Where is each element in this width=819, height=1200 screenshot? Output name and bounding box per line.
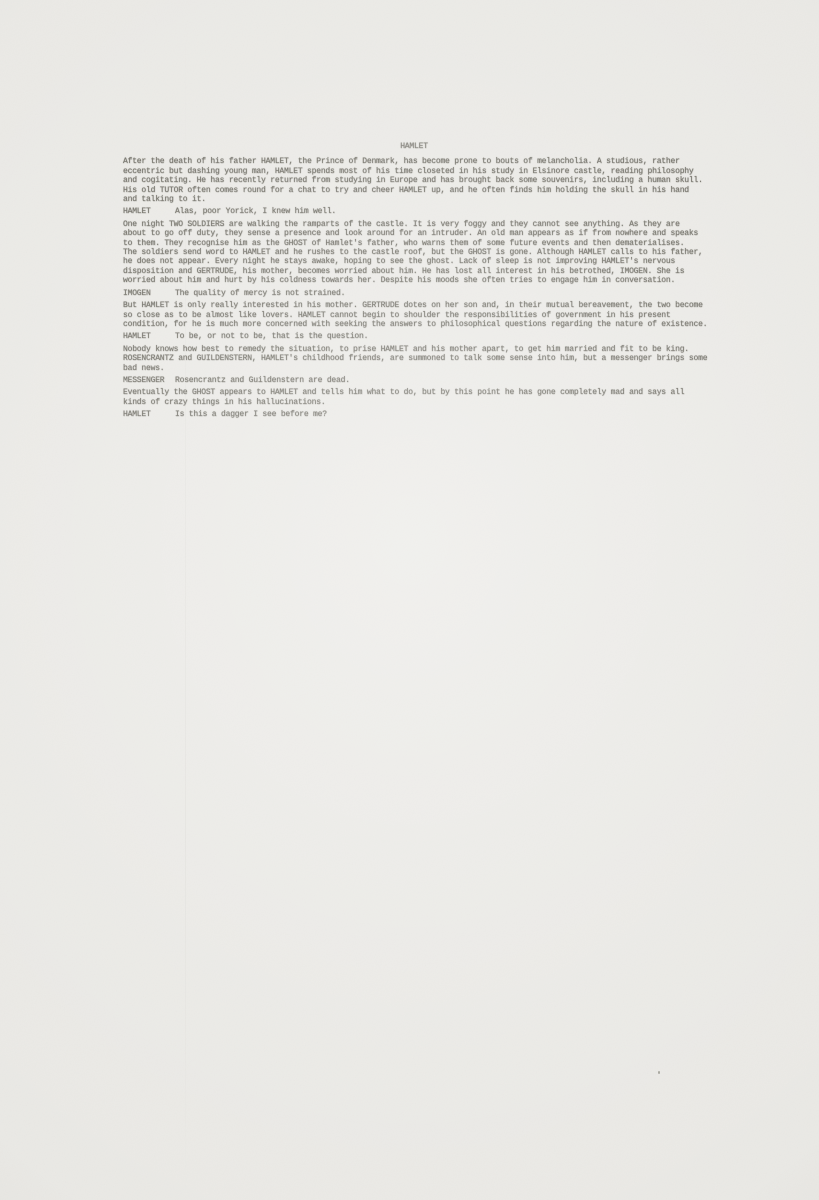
- dialogue-text: Rosencrantz and Guildenstern are dead.: [175, 376, 350, 385]
- dialogue-row-4: MESSENGER Rosencrantz and Guildenstern a…: [123, 376, 705, 385]
- page-title: HAMLET: [123, 142, 705, 151]
- dialogue-row-1: HAMLET Alas, poor Yorick, I knew him wel…: [123, 207, 705, 216]
- dialogue-text: To be, or not to be, that is the questio…: [175, 332, 368, 341]
- synopsis-paragraph-1: After the death of his father HAMLET, th…: [123, 157, 705, 204]
- synopsis-paragraph-5: Eventually the GHOST appears to HAMLET a…: [123, 388, 705, 407]
- dialogue-speaker: HAMLET: [123, 207, 175, 216]
- dialogue-row-5: HAMLET Is this a dagger I see before me?: [123, 410, 705, 419]
- dialogue-text: Is this a dagger I see before me?: [175, 410, 327, 419]
- dialogue-text: Alas, poor Yorick, I knew him well.: [175, 207, 336, 216]
- synopsis-paragraph-2: One night TWO SOLDIERS are walking the r…: [123, 220, 705, 286]
- dialogue-speaker: HAMLET: [123, 410, 175, 419]
- dialogue-speaker: IMOGEN: [123, 289, 175, 298]
- dialogue-speaker: HAMLET: [123, 332, 175, 341]
- dialogue-speaker: MESSENGER: [123, 376, 175, 385]
- paper-speck: [658, 1071, 660, 1074]
- synopsis-paragraph-3: But HAMLET is only really interested in …: [123, 301, 705, 329]
- dialogue-row-2: IMOGEN The quality of mercy is not strai…: [123, 289, 705, 298]
- photographed-typewritten-page: HAMLET After the death of his father HAM…: [0, 0, 819, 1200]
- typewritten-text-column: HAMLET After the death of his father HAM…: [123, 142, 705, 423]
- dialogue-text: The quality of mercy is not strained.: [175, 289, 345, 298]
- synopsis-paragraph-4: Nobody knows how best to remedy the situ…: [123, 345, 705, 373]
- dialogue-row-3: HAMLET To be, or not to be, that is the …: [123, 332, 705, 341]
